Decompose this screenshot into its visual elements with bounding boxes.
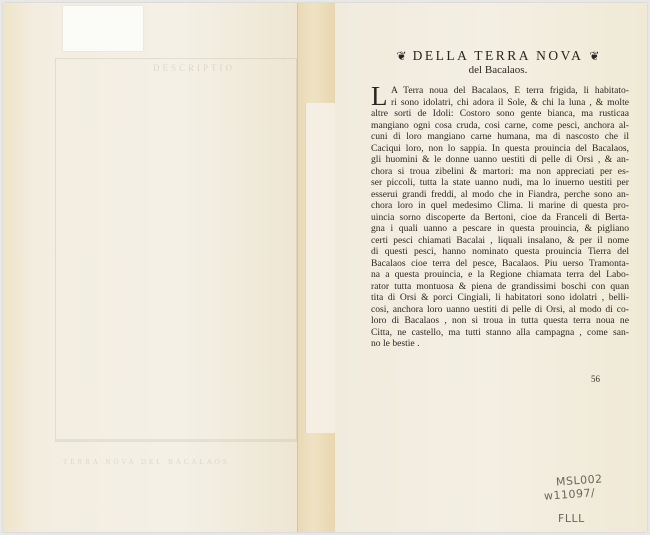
fleuron-right-icon: ❦: [589, 49, 599, 63]
text-line: Citta, ne castello, ma tutti stanno alla…: [371, 327, 629, 339]
text-line: loro di Bacalaos , non si troua in tutta…: [371, 315, 629, 327]
text-line: cuni di loro mangiano carne humana, ma d…: [371, 131, 629, 143]
text-line: chora loro in quel medesimo Clima. li ma…: [371, 200, 629, 212]
text-line: no le bestie .: [371, 338, 629, 350]
show-through-footer: TERRA NOVA DEL BACALAOS: [63, 458, 230, 466]
page-subheading: del Bacalaos.: [368, 64, 628, 76]
text-line: Caciqui loro, non lo sappia. In questa p…: [371, 143, 629, 155]
show-through-heading: DESCRIPTIO: [153, 63, 235, 73]
heading-text: DELLA TERRA NOVA: [413, 48, 584, 63]
text-line: gli huomini & le donne uanno uestiti di …: [371, 154, 629, 166]
text-line: certi pesci chiamati Bacalai , liquali i…: [371, 235, 629, 247]
text-line: gna i quali uanno a pescare in questa pr…: [371, 223, 629, 235]
body-text: A Terra noua del Bacalaos, E terra frigi…: [371, 85, 629, 350]
text-line: cosi, anchora loro uanno uestiti di pell…: [371, 304, 629, 316]
page-heading: ❦DELLA TERRA NOVA❦: [368, 48, 628, 64]
text-line: ser piccoli, tutta la state uanno nudi, …: [371, 177, 629, 189]
text-line: na a questa prouincia, e la Regione chia…: [371, 269, 629, 281]
text-line: Bacalaos cioe terra del pesce, Bacalaos.…: [371, 258, 629, 270]
text-line: A Terra noua del Bacalaos, E terra frigi…: [371, 85, 629, 97]
text-line: tita di Orsi & porci Cingiali, li habita…: [371, 292, 629, 304]
show-through-map-frame: [55, 58, 297, 442]
text-line: rator tutta montuosa & piena de grandiss…: [371, 281, 629, 293]
text-line: uincia sorno discoperte da Bertoni, cioe…: [371, 212, 629, 224]
text-line: mangiano ogni cosa cruda, cosi carne, co…: [371, 120, 629, 132]
paper-patch: [63, 6, 143, 51]
text-line: esserui grandi freddi, al modo che in Fi…: [371, 189, 629, 201]
text-line: di questi pesci, hanno nominato questa p…: [371, 246, 629, 258]
page-number: 56: [591, 374, 600, 384]
text-line: ri sono idolatri, chi adora il Sole, & c…: [371, 97, 629, 109]
text-line: chora si troua zibelini & martori: ma no…: [371, 166, 629, 178]
pencil-annotation-3: FLLL: [558, 512, 585, 525]
fleuron-left-icon: ❦: [397, 49, 407, 63]
text-line: altre sorti de Idoli: Costoro sono gente…: [371, 108, 629, 120]
